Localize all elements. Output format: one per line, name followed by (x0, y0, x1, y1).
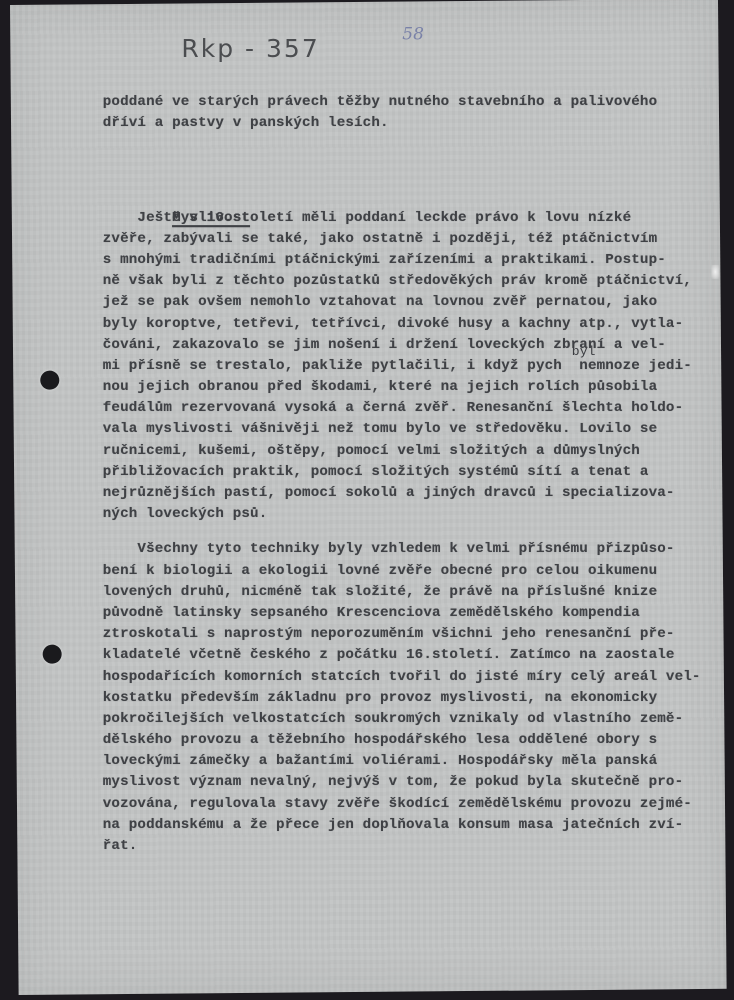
section-heading-line: Myslivost (103, 187, 734, 208)
text-line: kladatelé včetně českého z počátku 16.st… (103, 646, 734, 667)
text-line: bení k biologii a ekologii lovné zvěře o… (103, 561, 734, 582)
text-line: poddané ve starých právech těžby nutného… (103, 92, 734, 113)
text-line: nejrůznějších pastí, pomocí sokolů a jin… (103, 483, 734, 504)
text-line: mi přísně se trestalo, pakliže pytlačili… (103, 356, 734, 377)
text-line: hospodařících komorních statcích tvořil … (103, 667, 734, 688)
text-line: čováni, zakazovalo se jim nošení i držen… (103, 335, 734, 356)
archive-signature: Rkp - 357 (181, 34, 319, 63)
text-line: na poddanskému a že přece jen doplňovala… (103, 815, 734, 836)
text-line: původně latinsky sepsaného Krescenciova … (103, 603, 734, 624)
text-line: vala myslivosti vášnivěji než tomu bylo … (103, 420, 734, 441)
punch-hole-icon (43, 645, 62, 664)
text-line: řat. (103, 836, 734, 857)
text-line: ztroskotali s naprostým neporozuměním vš… (103, 624, 734, 645)
text-line: ných loveckých psů. (103, 504, 734, 525)
punch-hole-icon (40, 371, 59, 390)
typewritten-page: Rkp - 357 58 poddané ve starých právech … (10, 0, 727, 995)
paragraph-1: Ještě v 16.století měli poddaní leckde p… (103, 208, 734, 526)
text-line: dříví a pastvy v panských lesích. (103, 113, 734, 134)
text-line: nou jejich obranou před škodami, které n… (103, 377, 734, 398)
folio-number: 58 (402, 24, 424, 44)
text-line: s mnohými tradičními ptáčnickými zařízen… (103, 250, 734, 271)
text-line: loveckými zámečky a bažantími voliérami.… (103, 751, 734, 772)
text-line: feudálům rezervovaná vysoká a černá zvěř… (103, 398, 734, 419)
text-line: lovených druhů, nicméně tak složité, že … (103, 582, 734, 603)
text-line: ručnicemi, kušemi, oštěpy, pomocí velmi … (103, 441, 734, 462)
document-body: poddané ve starých právech těžby nutného… (103, 92, 734, 857)
text-line: kostatku především základnu pro provoz m… (103, 688, 734, 709)
text-line: myslivost význam nevalný, nejvýš v tom, … (103, 773, 734, 794)
text-line: Ještě v 16.století měli poddaní leckde p… (103, 208, 734, 229)
text-line: ně však byli z těchto pozůstatků středov… (103, 271, 734, 292)
paragraph-2: Všechny tyto techniky byly vzhledem k ve… (103, 540, 734, 858)
text-line: přibližovacích praktik, pomocí složitých… (103, 462, 734, 483)
text-line: jež se pak ovšem nemohlo vztahovat na lo… (103, 293, 734, 314)
scanned-page-viewer: Rkp - 357 58 poddané ve starých právech … (0, 0, 734, 1000)
intro-text: poddané ve starých právech těžby nutného… (103, 92, 734, 134)
text-line: pokročilejších velkostatcích soukromých … (103, 709, 734, 730)
text-line: Všechny tyto techniky byly vzhledem k ve… (103, 540, 734, 561)
text-line: byly koroptve, tetřevi, tetřívci, divoké… (103, 314, 734, 335)
text-line: vozována, regulovala stavy zvěře škodící… (103, 794, 734, 815)
text-line: dělského provozu a těžebního hospodářské… (103, 730, 734, 751)
text-line: zvěře, zabývali se také, jako ostatně i … (103, 229, 734, 250)
typed-insertion: byl (572, 344, 596, 359)
